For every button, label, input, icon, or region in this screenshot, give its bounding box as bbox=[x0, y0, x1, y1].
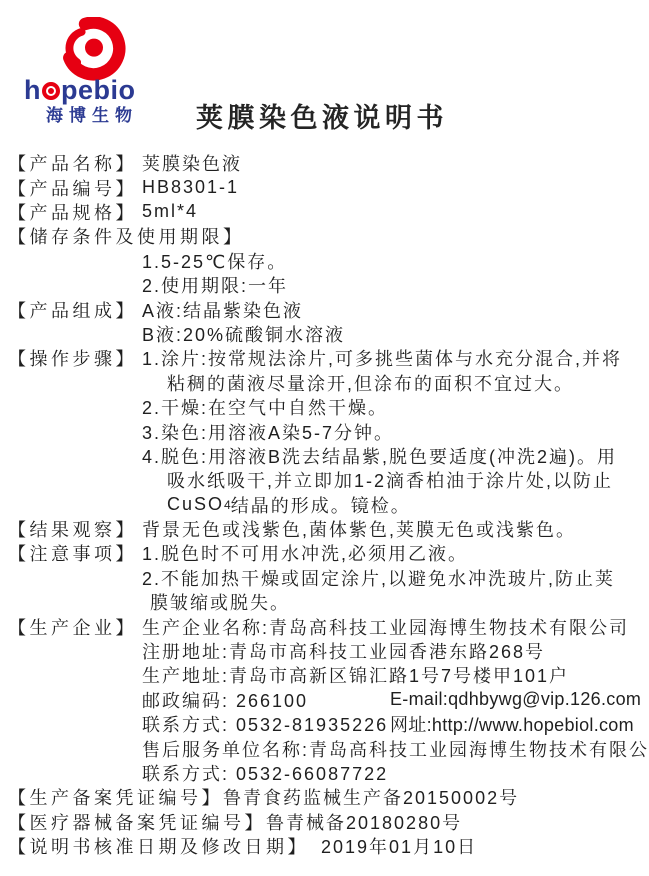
approval-date-row: 【说明书核准日期及修改日期】 2019年01月10日 bbox=[8, 834, 649, 858]
notes-line: 2.不能加热干燥或固定涂片,以避免水冲洗玻片,防止荚 bbox=[142, 566, 649, 590]
product-spec-row: 【产品规格】 5ml*4 bbox=[8, 200, 649, 224]
approval-date-value: 2019年01月10日 bbox=[321, 833, 477, 859]
composition-label: 【产品组成】 bbox=[8, 297, 142, 323]
procedure-row: 【操作步骤】 1.涂片:按常规法涂片,可多挑些菌体与水充分混合,并将 bbox=[8, 346, 649, 370]
result-row: 【结果观察】 背景无色或浅紫色,菌体紫色,荚膜无色或浅紫色。 bbox=[8, 517, 649, 541]
brand-o-swirl-icon bbox=[42, 82, 60, 100]
formula-subscript: 4 bbox=[224, 498, 231, 512]
manufacturer-prod-address: 生产地址:青岛市高新区锦汇路1号7号楼甲101户 bbox=[142, 663, 649, 687]
storage-label: 【储存条件及使用期限】 bbox=[8, 223, 245, 249]
notes-row: 【注意事项】 1.脱色时不可用水冲洗,必须用乙液。 bbox=[8, 541, 649, 565]
website-url: 网址:http://www.hopebiol.com bbox=[390, 711, 634, 737]
result-label: 【结果观察】 bbox=[8, 516, 142, 542]
email-address: E-mail:qdhbywg@vip.126.com bbox=[390, 689, 641, 710]
production-license-label: 【生产备案凭证编号】 bbox=[8, 784, 223, 810]
procedure-line: 粘稠的菌液尽量涂开,但涂布的面积不宜过大。 bbox=[167, 371, 649, 395]
instruction-sheet-page: hpebio 海博生物 荚膜染色液说明书 【产品名称】 荚膜染色液 【产品编号】… bbox=[0, 0, 649, 876]
notes-label: 【注意事项】 bbox=[8, 540, 142, 566]
document-body: 【产品名称】 荚膜染色液 【产品编号】 HB8301-1 【产品规格】 5ml*… bbox=[8, 151, 649, 858]
device-record-row: 【医疗器械备案凭证编号】 鲁青械备20180280号 bbox=[8, 810, 649, 834]
procedure-formula-line: CuSO4结晶的形成。镜检。 bbox=[167, 492, 649, 516]
notes-line: 1.脱色时不可用水冲洗,必须用乙液。 bbox=[142, 540, 468, 566]
manufacturer-reg-address: 注册地址:青岛市高科技工业园香港东路268号 bbox=[142, 639, 649, 663]
manufacturer-postal-email-row: 邮政编码: 266100 E-mail:qdhbywg@vip.126.com bbox=[142, 688, 649, 712]
postal-code: 邮政编码: 266100 bbox=[142, 687, 390, 713]
result-value: 背景无色或浅紫色,菌体紫色,荚膜无色或浅紫色。 bbox=[142, 516, 576, 542]
product-code-label: 【产品编号】 bbox=[8, 175, 142, 201]
manufacturer-phone-website-row: 联系方式: 0532-81935226 网址:http://www.hopebi… bbox=[142, 712, 649, 736]
storage-label-row: 【储存条件及使用期限】 bbox=[8, 224, 649, 248]
contact-phone: 联系方式: 0532-81935226 bbox=[142, 711, 390, 737]
product-name-label: 【产品名称】 bbox=[8, 150, 142, 176]
brand-prefix: h bbox=[24, 75, 41, 105]
after-sales-phone: 联系方式: 0532-66087722 bbox=[142, 761, 649, 785]
product-spec-label: 【产品规格】 bbox=[8, 199, 142, 225]
procedure-line: 3.染色:用溶液A染5-7分钟。 bbox=[142, 419, 649, 443]
after-sales-company: 售后服务单位名称:青岛高科技工业园海博生物技术有限公司 bbox=[142, 736, 649, 760]
device-record-label: 【医疗器械备案凭证编号】 bbox=[8, 809, 266, 835]
product-name-row: 【产品名称】 荚膜染色液 bbox=[8, 151, 649, 175]
composition-line: B液:20%硫酸铜水溶液 bbox=[142, 322, 649, 346]
production-license-row: 【生产备案凭证编号】 鲁青食药监械生产备20150002号 bbox=[8, 785, 649, 809]
manufacturer-label: 【生产企业】 bbox=[8, 614, 142, 640]
procedure-label: 【操作步骤】 bbox=[8, 345, 142, 371]
approval-date-label: 【说明书核准日期及修改日期】 bbox=[8, 833, 309, 859]
formula-rest: 结晶的形成。镜检。 bbox=[231, 492, 411, 518]
page-title: 荚膜染色液说明书 bbox=[196, 96, 448, 135]
notes-line: 膜皱缩或脱失。 bbox=[150, 590, 649, 614]
brand-wordmark: hpebio bbox=[24, 76, 136, 104]
composition-row: 【产品组成】 A液:结晶紫染色液 bbox=[8, 297, 649, 321]
storage-line: 2.使用期限:一年 bbox=[142, 273, 649, 297]
procedure-line: 4.脱色:用溶液B洗去结晶紫,脱色要适度(冲洗2遍)。用 bbox=[142, 444, 649, 468]
brand-chinese-name: 海博生物 bbox=[46, 101, 138, 126]
product-spec-value: 5ml*4 bbox=[142, 201, 198, 222]
manufacturer-company: 生产企业名称:青岛高科技工业园海博生物技术有限公司 bbox=[142, 614, 629, 640]
procedure-line: 1.涂片:按常规法涂片,可多挑些菌体与水充分混合,并将 bbox=[142, 345, 622, 371]
storage-line: 1.5-25℃保存。 bbox=[142, 249, 649, 273]
composition-line: A液:结晶紫染色液 bbox=[142, 297, 303, 323]
product-code-value: HB8301-1 bbox=[142, 177, 239, 198]
product-code-row: 【产品编号】 HB8301-1 bbox=[8, 175, 649, 199]
production-license-value: 鲁青食药监械生产备20150002号 bbox=[223, 784, 519, 810]
manufacturer-row: 【生产企业】 生产企业名称:青岛高科技工业园海博生物技术有限公司 bbox=[8, 614, 649, 638]
procedure-line: 吸水纸吸干,并立即加1-2滴香柏油于涂片处,以防止 bbox=[167, 468, 649, 492]
device-record-value: 鲁青械备20180280号 bbox=[266, 809, 462, 835]
formula-cuso: CuSO bbox=[167, 494, 224, 515]
procedure-line: 2.干燥:在空气中自然干燥。 bbox=[142, 395, 649, 419]
product-name-value: 荚膜染色液 bbox=[142, 150, 242, 176]
